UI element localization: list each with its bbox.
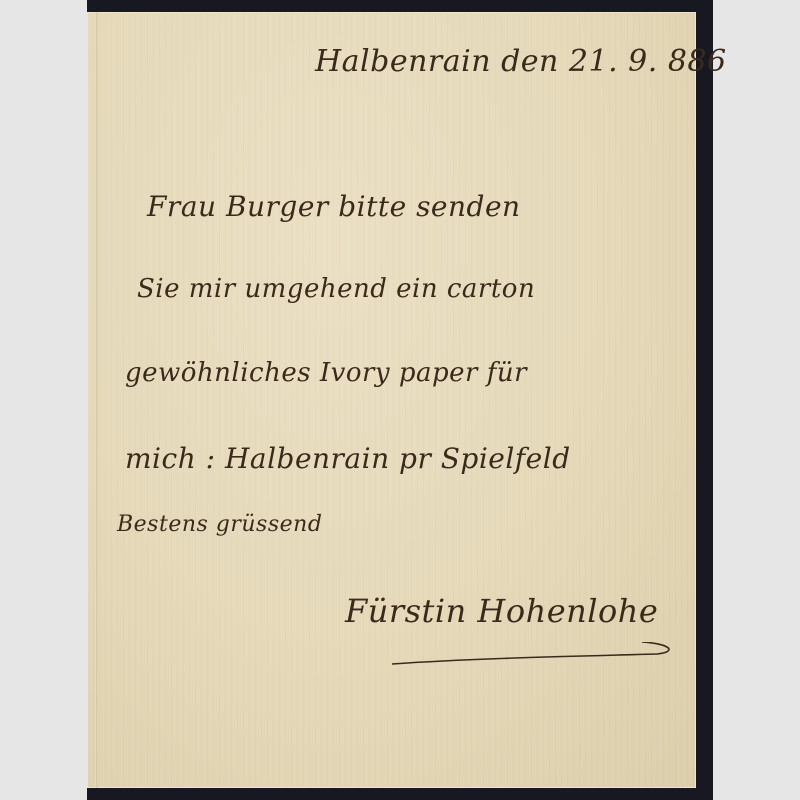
letter-line-2: Sie mir umgehend ein carton	[137, 274, 535, 304]
letter-line-1: Frau Burger bitte senden	[147, 190, 521, 223]
dateline: Halbenrain den 21. 9. 886	[315, 44, 727, 79]
letter-line-3: gewöhnliches Ivory paper für	[125, 358, 527, 388]
signature-flourish	[387, 642, 677, 672]
letter-line-4: mich : Halbenrain pr Spielfeld	[125, 442, 571, 475]
letter-closing: Bestens grüssend	[117, 512, 322, 537]
letter-paper: Halbenrain den 21. 9. 886 Frau Burger bi…	[87, 12, 696, 788]
fold-crease	[95, 12, 98, 788]
signature: Fürstin Hohenlohe	[345, 592, 658, 630]
